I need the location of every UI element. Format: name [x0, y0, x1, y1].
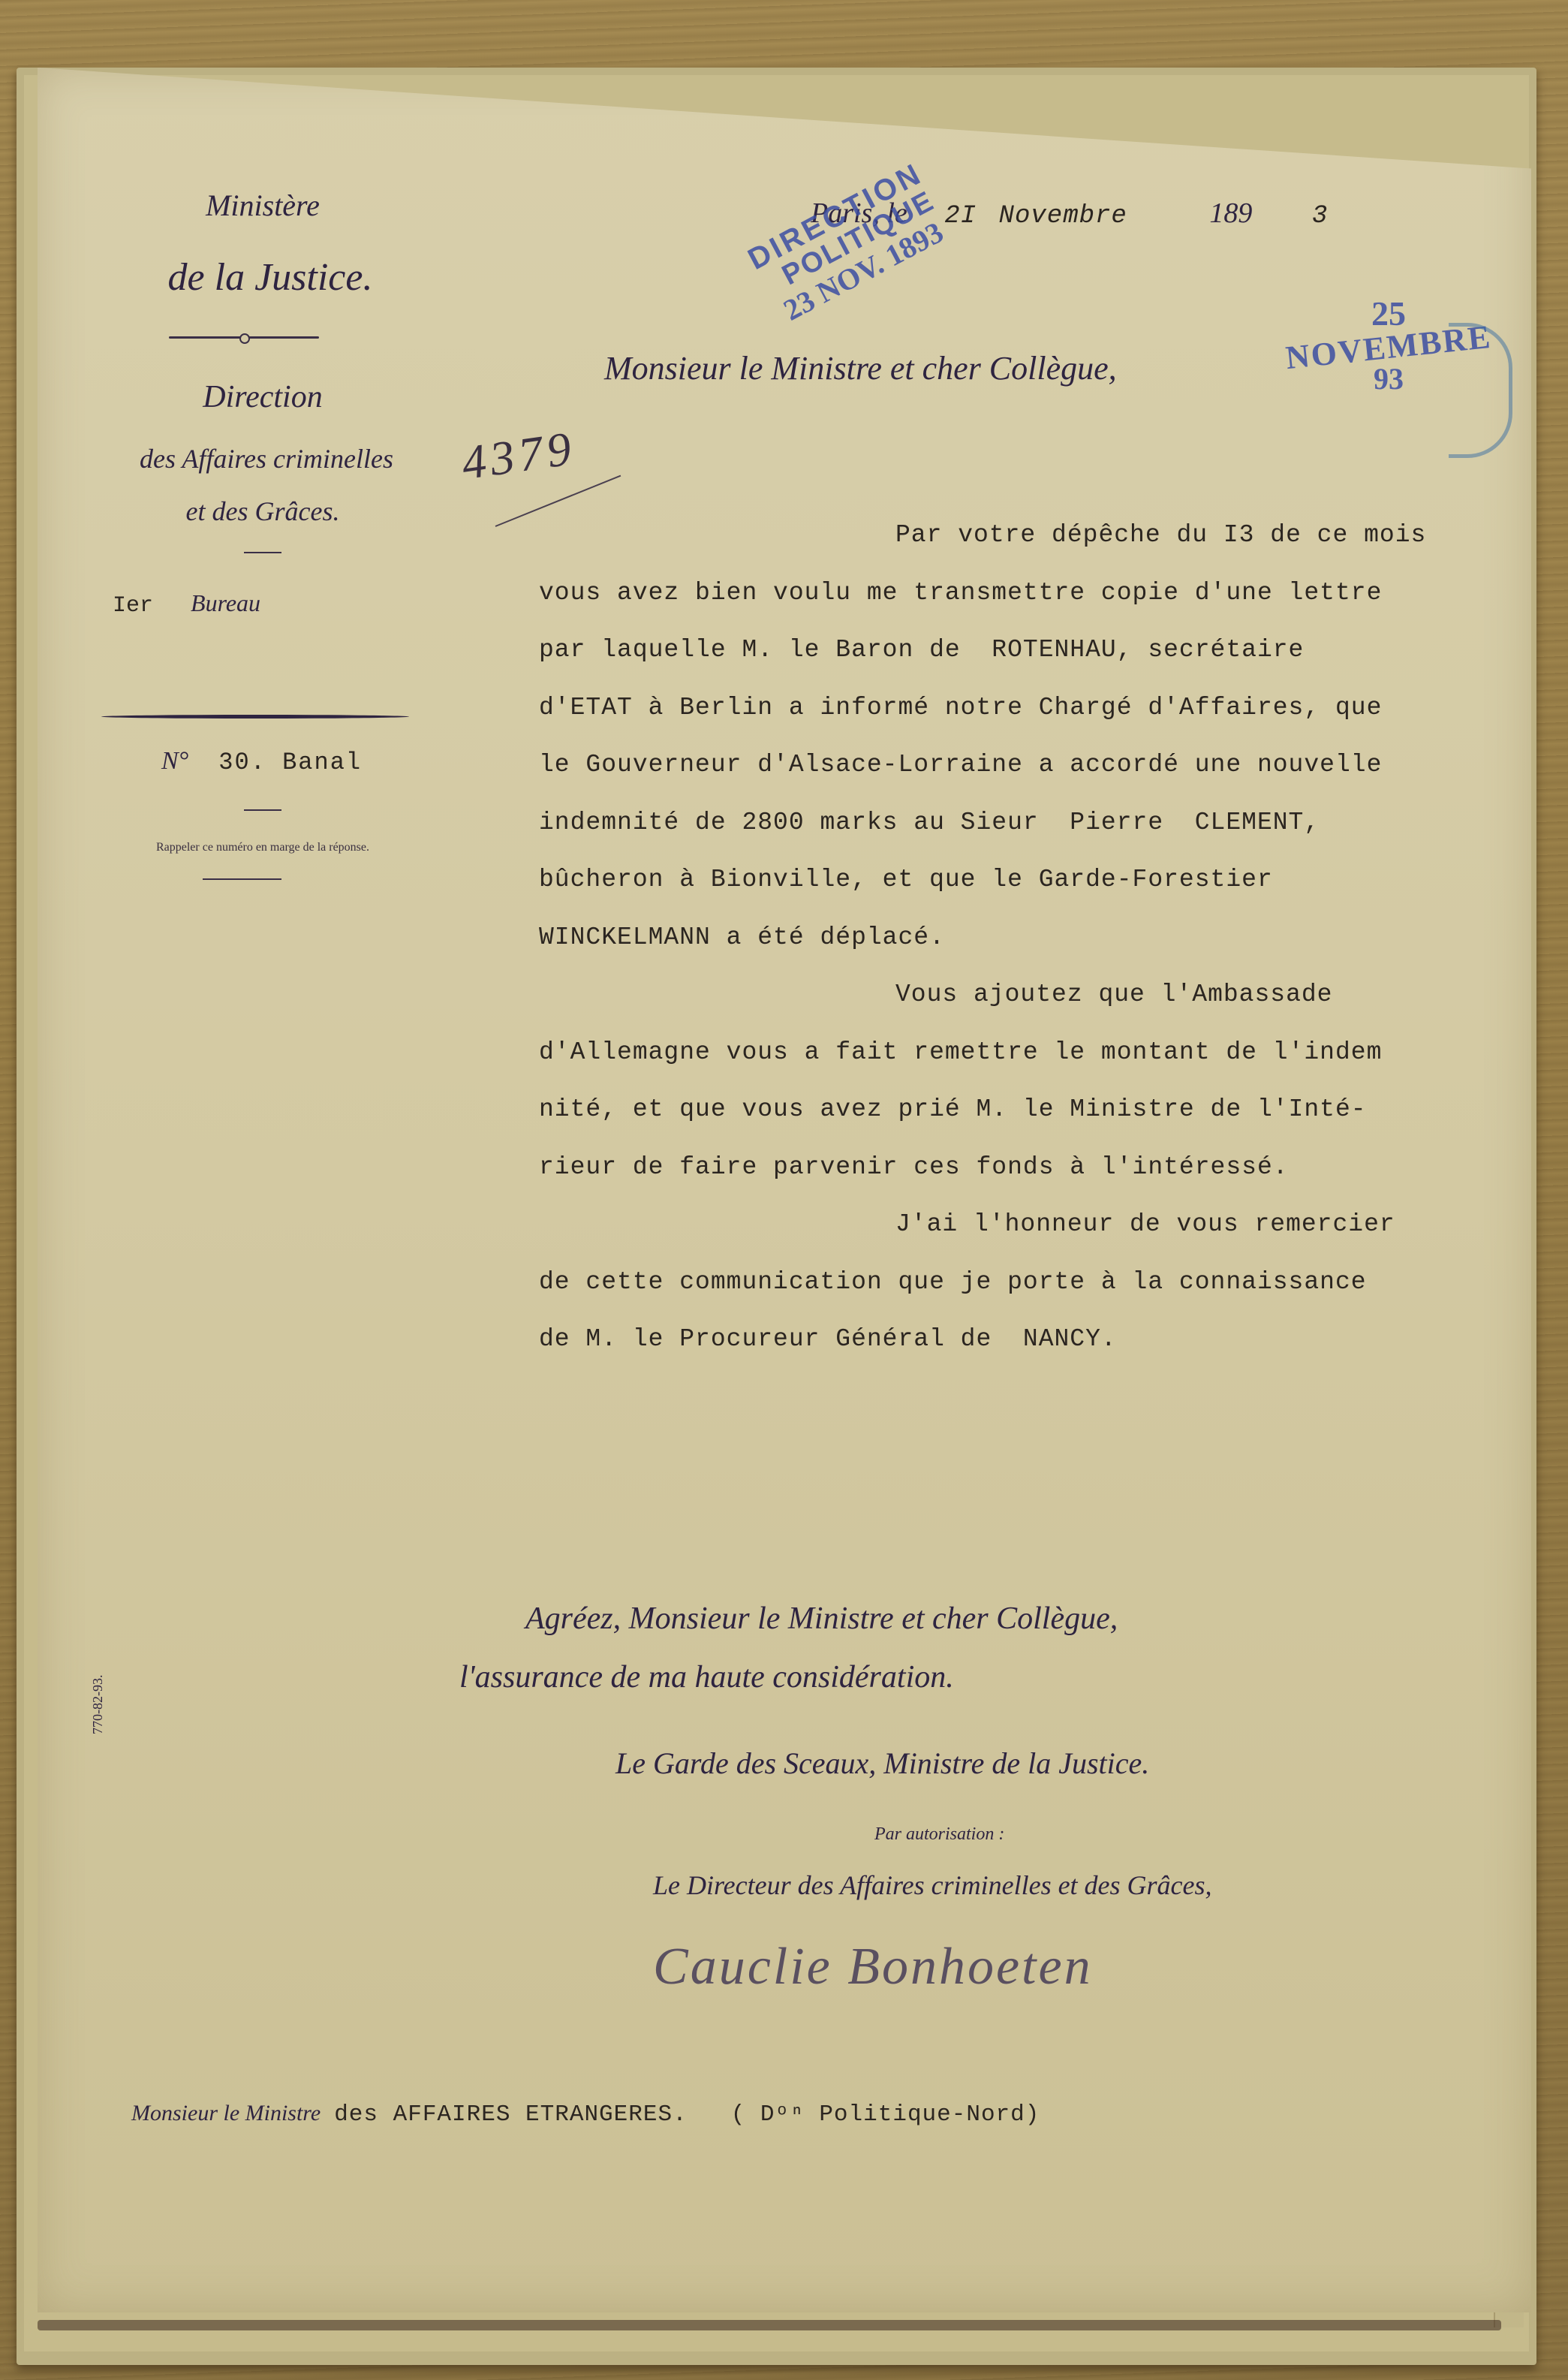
side-reference: 770-82-93.: [90, 1675, 106, 1735]
body-line: de M. le Procureur Général de NANCY.: [539, 1311, 1500, 1369]
letterhead-bureau: IerBureau: [113, 589, 260, 619]
body-line: d'ETAT à Berlin a informé notre Chargé d…: [539, 679, 1500, 737]
number-label: N°: [161, 747, 188, 775]
paper-bottom-shadow: [38, 2320, 1501, 2330]
addressee: Monsieur le Ministre des AFFAIRES ETRANG…: [131, 2101, 1040, 2128]
signatory-title: Le Garde des Sceaux, Ministre de la Just…: [615, 1746, 1149, 1781]
closing-formula: Agréez, Monsieur le Ministre et cher Col…: [525, 1601, 1118, 1637]
letterhead-graces: et des Grâces.: [150, 496, 375, 527]
addressee-ministry: des AFFAIRES ETRANGERES.: [334, 2101, 687, 2128]
date-year-digit: 3: [1312, 202, 1328, 230]
letter-body: Par votre dépêche du I3 de ce mois vous …: [539, 507, 1500, 1369]
authorization-note: Par autorisation :: [874, 1824, 1004, 1845]
salutation: Monsieur le Ministre et cher Collègue,: [604, 349, 1117, 387]
director-title: Le Directeur des Affaires criminelles et…: [653, 1869, 1212, 1901]
bureau-number: Ier: [113, 593, 153, 619]
short-rule: [244, 552, 281, 553]
ornamental-rule: [169, 336, 319, 339]
ornamental-rule-wide: [101, 715, 409, 719]
body-line: par laquelle M. le Baron de ROTENHAU, se…: [539, 622, 1500, 679]
letterhead-number: N°30. Banal: [161, 747, 362, 776]
letterhead-direction: Direction: [150, 379, 375, 415]
stamp-ring-arc: [1449, 323, 1512, 458]
date-month: Novembre: [999, 202, 1127, 230]
body-line: rieur de faire parvenir ces fonds à l'in…: [539, 1139, 1500, 1197]
body-line: vous avez bien voulu me transmettre copi…: [539, 565, 1500, 622]
letterhead-justice: de la Justice.: [113, 255, 428, 300]
ornamental-rule-small: [203, 878, 281, 880]
number-value: 30. Banal: [218, 749, 362, 776]
handwritten-signature: Cauclie Bonhoeten: [653, 1937, 1093, 1997]
body-line: WINCKELMANN a été déplacé.: [539, 909, 1500, 967]
body-line: indemnité de 2800 marks au Sieur Pierre …: [539, 794, 1500, 852]
letterhead-ministry: Ministère: [150, 188, 375, 223]
body-line: bûcheron à Bionville, et que le Garde-Fo…: [539, 851, 1500, 909]
date-century: 189: [1209, 197, 1252, 229]
body-line: Vous ajoutez que l'Ambassade: [539, 966, 1500, 1024]
body-line: Par votre dépêche du I3 de ce mois: [539, 507, 1500, 565]
closing-formula-2: l'assurance de ma haute considération.: [459, 1659, 954, 1695]
short-rule: [244, 809, 281, 811]
reminder-note: Rappeler ce numéro en marge de la répons…: [94, 841, 432, 854]
body-line: J'ai l'honneur de vous remercier: [539, 1196, 1500, 1254]
letterhead-affaires: des Affaires criminelles: [90, 443, 443, 474]
body-line: nité, et que vous avez prié M. le Minist…: [539, 1081, 1500, 1139]
addressee-prefix: Monsieur le Ministre: [131, 2101, 321, 2125]
body-line: d'Allemagne vous a fait remettre le mont…: [539, 1024, 1500, 1082]
body-line: de cette communication que je porte à la…: [539, 1254, 1500, 1312]
body-line: le Gouverneur d'Alsace-Lorraine a accord…: [539, 737, 1500, 794]
addressee-department: ( Dᵒⁿ Politique-Nord): [731, 2101, 1040, 2128]
bureau-label: Bureau: [191, 589, 260, 616]
